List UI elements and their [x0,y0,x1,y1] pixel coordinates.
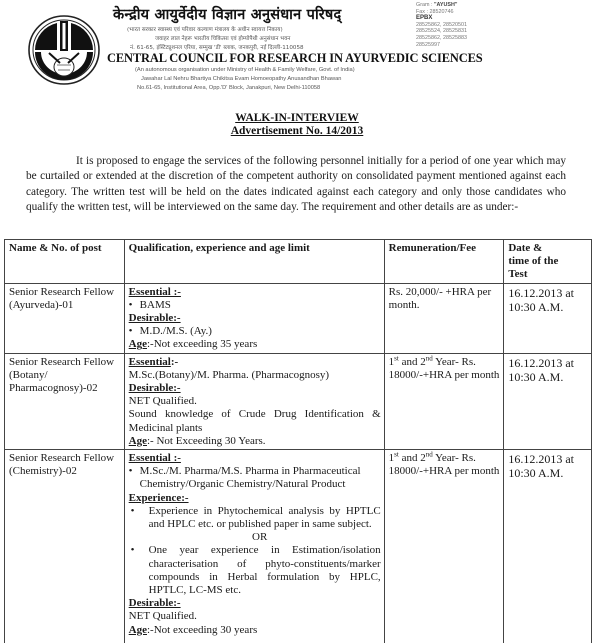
list-item: M.D./M.S. (Ay.) [129,325,381,338]
remuneration-cell: Rs. 20,000/- +HRA per month. [384,283,504,353]
post-name: Senior Research Fellow (Botany/ Pharmaco… [5,353,125,449]
essential-list: BAMS [129,299,381,312]
date-cell: 16.12.2013 at 10:30 A.M. [504,353,592,449]
experience-label: Experience:- [129,492,381,505]
desirable-label: Desirable:- [129,312,381,325]
experience-list: Experience in Phytochemical analysis by … [129,505,381,531]
experience-list: One year experience in Estimation/isolat… [129,544,381,597]
essential-label: Essential :- [129,286,381,299]
table-row: Senior Research Fellow (Ayurveda)-01 Ess… [5,283,592,353]
epbx-number: 28525862, 28525883 [416,35,467,42]
epbx-number: 28525862, 28520501 [416,22,467,29]
epbx-number: 28525524, 28525831 [416,28,467,35]
age-limit: Age:- Not Exceeding 30 Years. [129,435,381,448]
notice-title: WALK-IN-INTERVIEW [0,112,594,124]
fax-line: Fax : 28520746 [416,9,467,16]
table-header-row: Name & No. of post Qualification, experi… [5,240,592,284]
hindi-org-title: केन्द्रीय आयुर्वेदीय विज्ञान अनुसंधान पर… [113,4,341,24]
desirable-text: NET Qualified. [129,610,381,623]
age-limit: Age:-Not exceeding 35 years [129,338,381,351]
date-cell: 16.12.2013 at 10:30 A.M. [504,450,592,643]
desirable-list: M.D./M.S. (Ay.) [129,325,381,338]
list-item: Experience in Phytochemical analysis by … [129,505,381,531]
advertisement-number: Advertisement No. 14/2013 [0,125,594,137]
essential-text: M.Sc.(Botany)/M. Pharma. (Pharmacognosy) [129,369,381,382]
header-remuneration: Remuneration/Fee [384,240,504,284]
post-name: Senior Research Fellow (Ayurveda)-01 [5,283,125,353]
english-subtitle-line: No.61-65, Institutional Area, Opp.'D' Bl… [137,85,320,91]
english-subtitle-line: (An autonomous organisation under Minist… [135,67,355,73]
intro-paragraph: It is proposed to engage the services of… [26,154,566,216]
essential-list: M.Sc./M. Pharma/M.S. Pharma in Pharmaceu… [129,465,381,491]
qualification-cell: Essential:- M.Sc.(Botany)/M. Pharma. (Ph… [124,353,384,449]
gram-line: Gram : "AYUSH" [416,2,467,9]
remuneration-cell: 1st and 2nd Year- Rs. 18000/-+HRA per mo… [384,450,504,643]
list-item: BAMS [129,299,381,312]
essential-label: Essential :- [129,452,381,465]
epbx-label: EPBX [416,15,467,22]
desirable-text: NET Qualified. [129,395,381,408]
or-separator: OR [129,531,381,544]
qualification-cell: Essential :- M.Sc./M. Pharma/M.S. Pharma… [124,450,384,643]
list-item: One year experience in Estimation/isolat… [129,544,381,597]
table-row: Senior Research Fellow (Chemistry)-02 Es… [5,450,592,643]
header-date: Date & time of the Test [504,240,592,284]
english-subtitle-line: Jawahar Lal Nehru Bhartiya Chikitsa Evam… [141,76,341,82]
ccras-emblem-icon [27,13,101,87]
remuneration-cell: 1st and 2nd Year- Rs. 18000/-+HRA per mo… [384,353,504,449]
header-name: Name & No. of post [5,240,125,284]
desirable-label: Desirable:- [129,597,381,610]
hindi-subtitle-line: जवाहर लाल नेहरू भारतीय चिकित्सा एवं होम्… [155,34,290,42]
epbx-number: 28525997 [416,42,467,49]
desirable-text: Sound knowledge of Crude Drug Identifica… [129,408,381,434]
hindi-subtitle-line: नं. 61-65, इंस्टिट्यूशनल एरिया, सम्मुख '… [130,43,304,51]
contact-block: Gram : "AYUSH" Fax : 28520746 EPBX 28525… [416,2,467,48]
list-item: M.Sc./M. Pharma/M.S. Pharma in Pharmaceu… [129,465,381,491]
english-org-title: CENTRAL COUNCIL FOR RESEARCH IN AYURVEDI… [107,51,483,66]
desirable-label: Desirable:- [129,382,381,395]
table-row: Senior Research Fellow (Botany/ Pharmaco… [5,353,592,449]
post-name: Senior Research Fellow (Chemistry)-02 [5,450,125,643]
posts-table: Name & No. of post Qualification, experi… [4,239,592,643]
hindi-subtitle-line: (भारत सरकार स्वास्थ्य एवं परिवार कल्याण … [127,25,283,33]
header-qualification: Qualification, experience and age limit [124,240,384,284]
age-limit: Age:-Not exceeding 30 years [129,624,381,637]
essential-label-line: Essential:- [129,356,381,369]
qualification-cell: Essential :- BAMS Desirable:- M.D./M.S. … [124,283,384,353]
date-cell: 16.12.2013 at 10:30 A.M. [504,283,592,353]
